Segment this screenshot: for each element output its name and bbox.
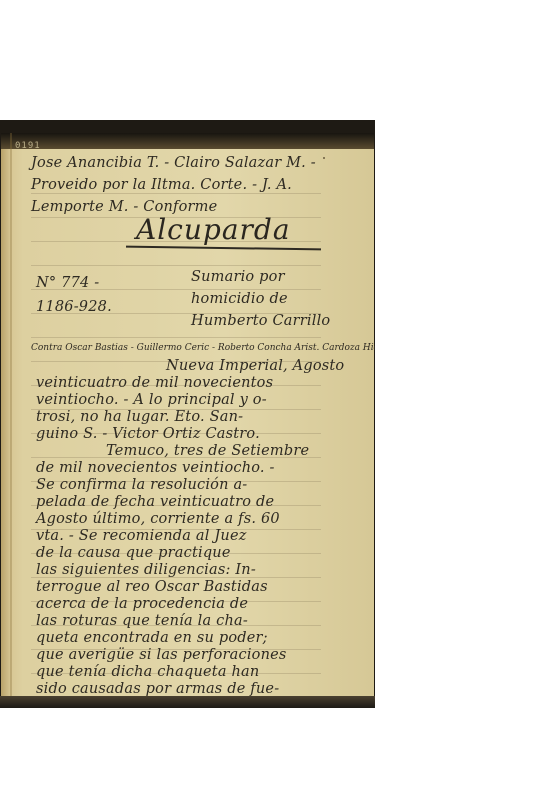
summary-line: Humberto Carrillo <box>191 313 330 329</box>
ledger-page: 0191 Jose Anancibia T. - Clairo Salazar … <box>1 133 374 698</box>
body-line: veinticuatro de mil novecientos <box>36 375 273 391</box>
body-line: Se confirma la resolución a- <box>36 477 247 493</box>
ruled-line <box>31 265 321 266</box>
body-line: las siguientes diligencias: In- <box>36 562 256 578</box>
body-line: que averigüe si las perforaciones <box>36 647 287 663</box>
body-line: Nueva Imperial, Agosto <box>166 358 344 374</box>
body-line: Agosto último, corriente a fs. 60 <box>36 511 280 527</box>
body-line: de la causa que practique <box>36 545 231 561</box>
body-line: pelada de fecha veinticuatro de <box>36 494 274 510</box>
summary-line: homicidio de <box>191 291 288 307</box>
body-line: sido causadas por armas de fue- <box>36 681 279 697</box>
case-reference: 1186-928. <box>36 299 112 315</box>
folio-mark: 0191 <box>15 141 41 151</box>
body-line: las roturas que tenía la cha- <box>36 613 248 629</box>
body-line: queta encontrada en su poder; <box>36 630 268 646</box>
page-fold <box>10 133 12 698</box>
body-line: terrogue al reo Oscar Bastidas <box>36 579 268 595</box>
parties-line: Contra Oscar Bastias - Guillermo Ceric -… <box>31 343 375 353</box>
ruled-line <box>31 337 321 338</box>
summary-line: Sumario por <box>191 269 285 285</box>
body-line: guino S. - Victor Ortiz Castro. <box>36 426 260 442</box>
document-photo: 0191 Jose Anancibia T. - Clairo Salazar … <box>0 120 375 708</box>
body-line: Temuco, tres de Setiembre <box>106 443 309 459</box>
handwritten-line: Jose Anancibia T. - Clairo Salazar M. - <box>31 155 316 171</box>
body-line: trosi, no ha lugar. Eto. San- <box>36 409 243 425</box>
body-line: acerca de la procedencia de <box>36 596 248 612</box>
signature-underline <box>126 246 321 251</box>
body-line: vta. - Se recomienda al Juez <box>36 528 247 544</box>
page-bottom-edge <box>0 696 375 708</box>
case-number: N° 774 - <box>36 275 99 291</box>
body-line: veintiocho. - A lo principal y o- <box>36 392 267 408</box>
handwritten-line: Proveido por la Iltma. Corte. - J. A. <box>31 177 292 193</box>
body-line: que tenía dicha chaqueta han <box>36 664 259 680</box>
ruled-line <box>31 193 321 194</box>
paper-speck <box>323 157 325 159</box>
signature: Alcuparda <box>136 213 291 246</box>
page-top-shadow <box>1 133 374 149</box>
body-line: de mil novecientos veintiocho. - <box>36 460 275 476</box>
